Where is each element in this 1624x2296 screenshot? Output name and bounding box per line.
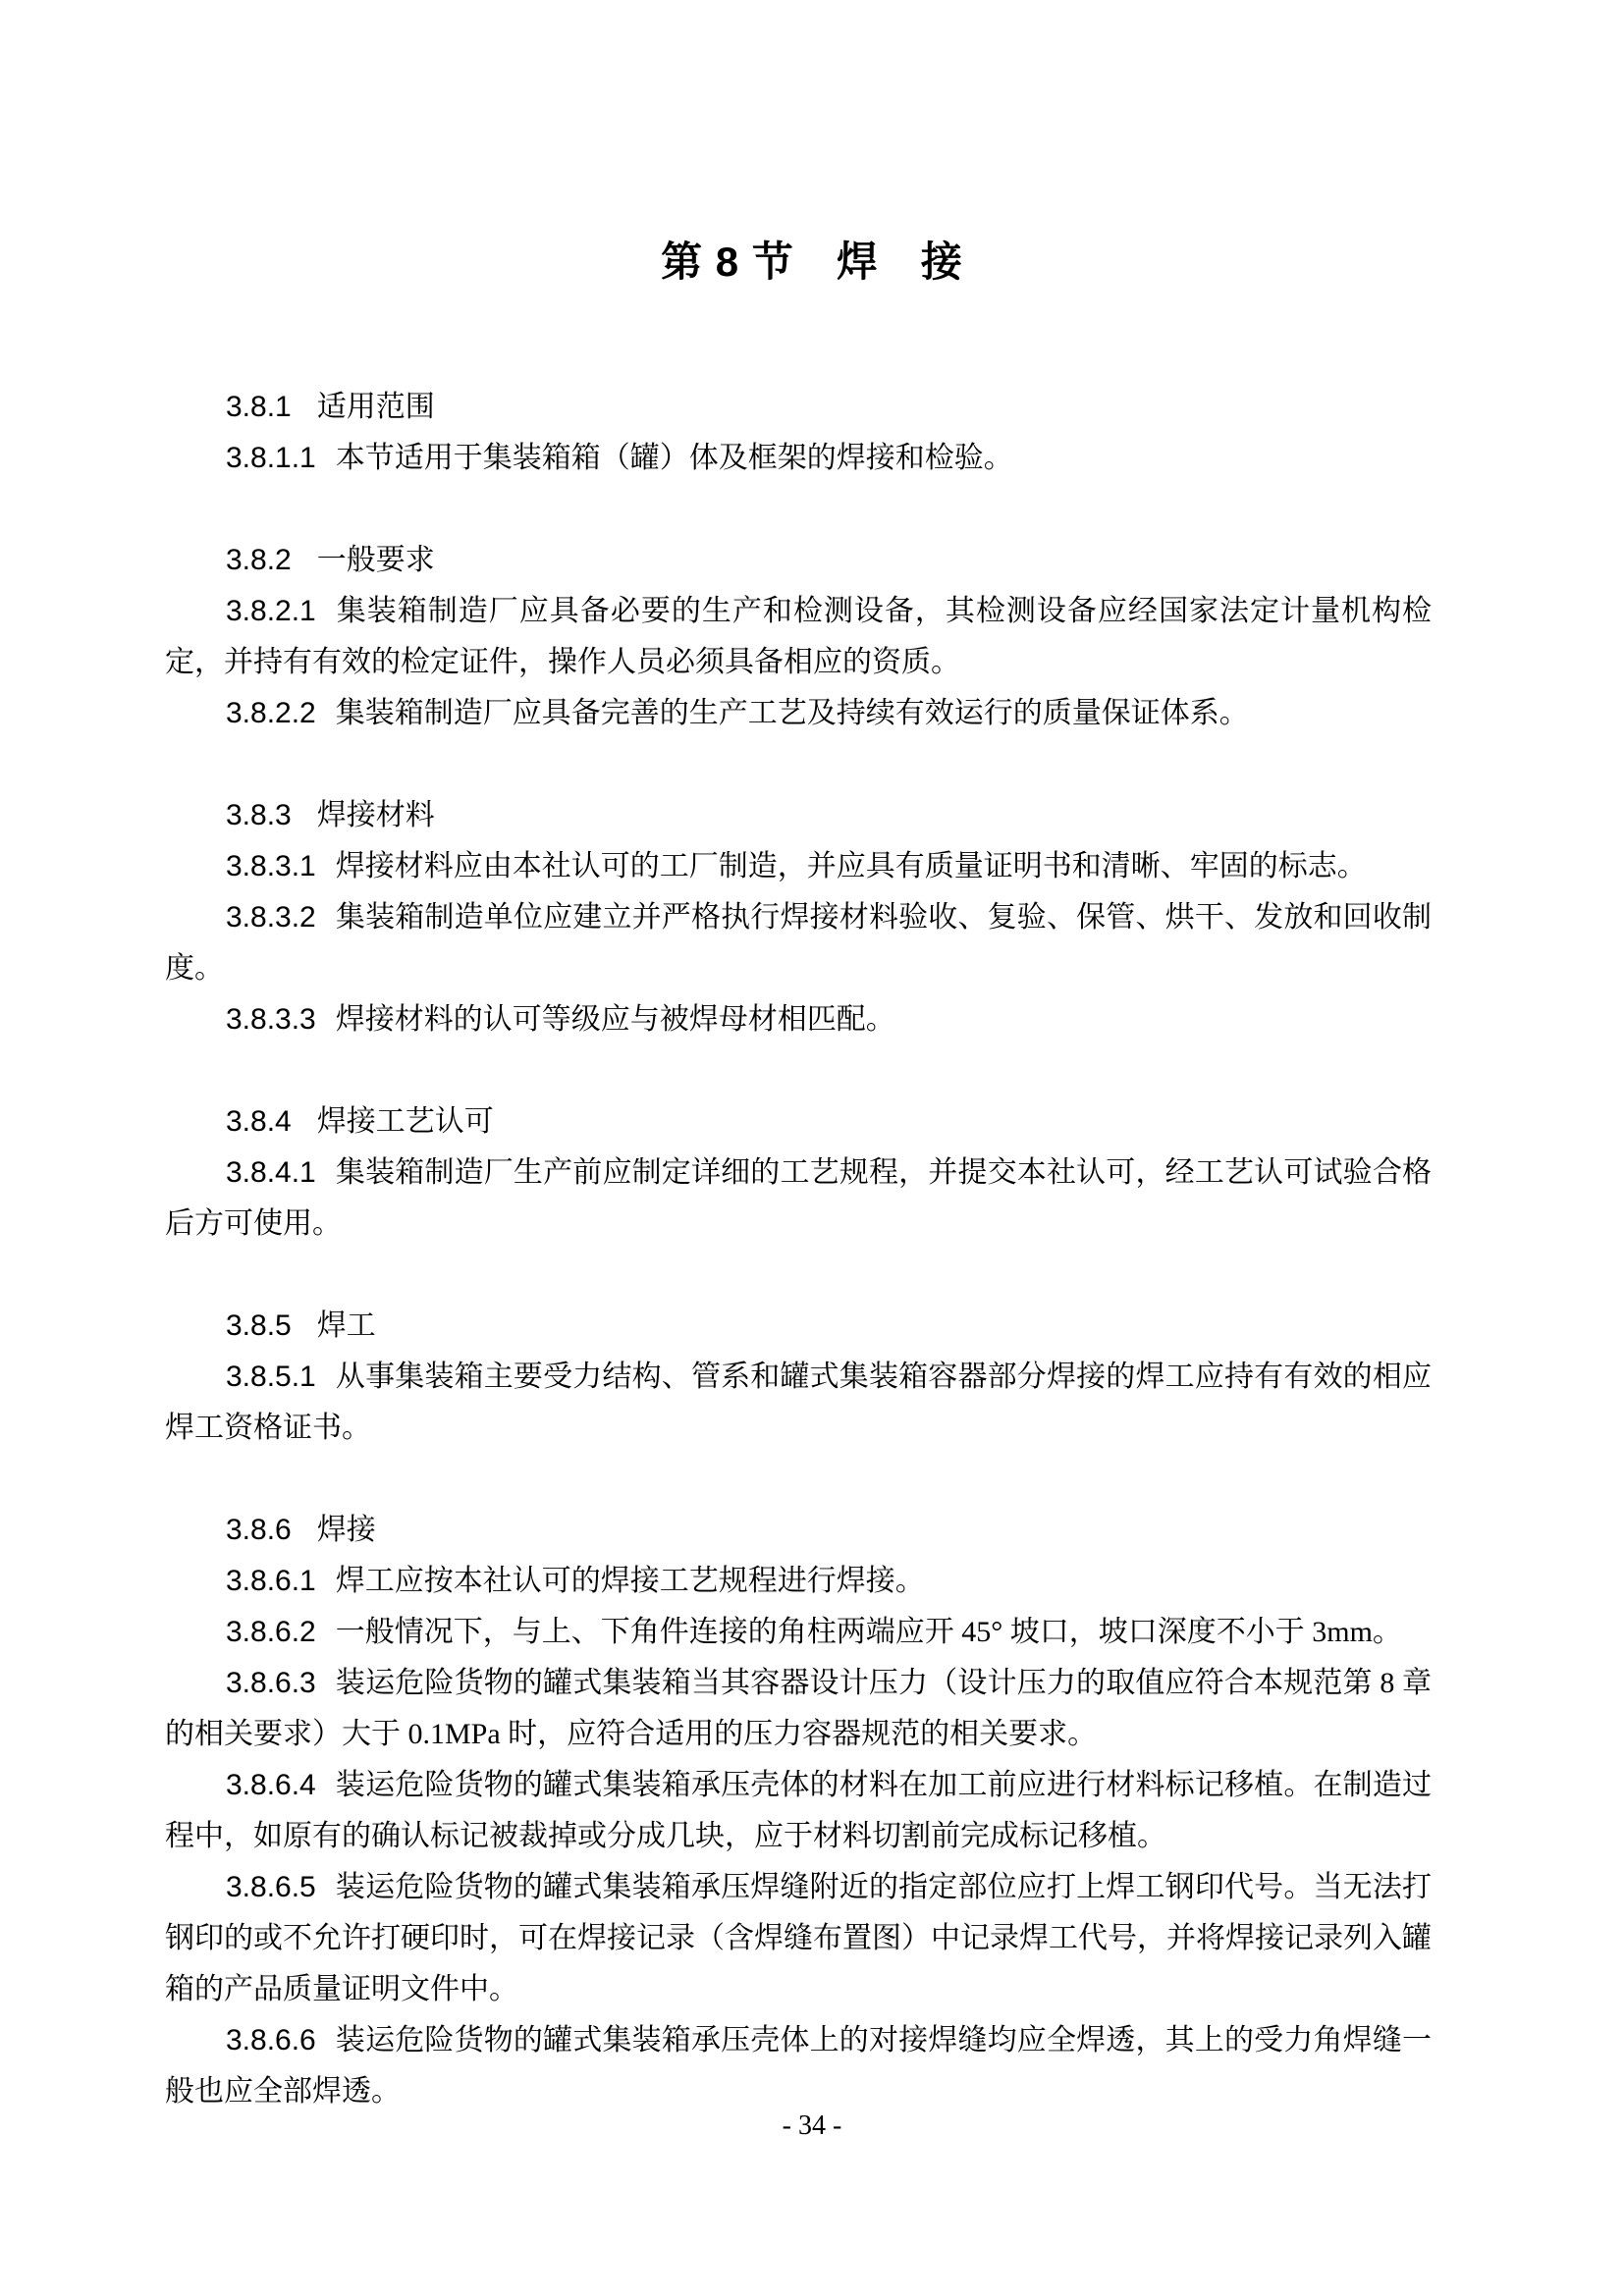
section-3-8-2: 3.8.2一般要求 3.8.2.1集装箱制造厂应具备必要的生产和检测设备，其检测… xyxy=(165,535,1432,739)
paragraph: 3.8.6.4装运危险货物的罐式集装箱承压壳体的材料在加工前应进行材料标记移植。… xyxy=(165,1760,1432,1862)
paragraph-number: 3.8.2.1 xyxy=(226,595,316,627)
paragraph-number: 3.8.3.2 xyxy=(226,901,316,934)
paragraph: 3.8.6.2一般情况下，与上、下角件连接的角柱两端应开 45° 坡口，坡口深度… xyxy=(165,1607,1432,1658)
paragraph-text: 从事集装箱主要受力结构、管系和罐式集装箱容器部分焊接的焊工应持有有效的相应焊工资… xyxy=(165,1361,1432,1444)
paragraph-number: 3.8.6.4 xyxy=(226,1769,316,1801)
heading-text: 焊接 xyxy=(317,1514,376,1546)
heading-number: 3.8.5 xyxy=(226,1309,292,1342)
paragraph-text: 装运危险货物的罐式集装箱当其容器设计压力（设计压力的取值应符合本规范第 8 章的… xyxy=(165,1667,1432,1750)
heading-text: 焊接工艺认可 xyxy=(317,1105,494,1138)
section-heading: 3.8.4焊接工艺认可 xyxy=(165,1096,1432,1148)
paragraph: 3.8.6.5装运危险货物的罐式集装箱承压焊缝附近的指定部位应打上焊工钢印代号。… xyxy=(165,1862,1432,2015)
heading-text: 焊接材料 xyxy=(317,799,435,831)
paragraph-number: 3.8.3.1 xyxy=(226,850,316,882)
section-heading: 3.8.1适用范围 xyxy=(165,382,1432,433)
paragraph-text: 焊接材料应由本社认可的工厂制造，并应具有质量证明书和清晰、牢固的标志。 xyxy=(336,850,1367,882)
paragraph-number: 3.8.6.5 xyxy=(226,1871,316,1903)
paragraph-text: 装运危险货物的罐式集装箱承压壳体上的对接焊缝均应全焊透，其上的受力角焊缝一般也应… xyxy=(165,2024,1432,2108)
heading-number: 3.8.1 xyxy=(226,391,292,423)
document-page: 第 8 节 焊 接 3.8.1适用范围 3.8.1.1本节适用于集装箱箱（罐）体… xyxy=(0,0,1624,2296)
section-3-8-6: 3.8.6焊接 3.8.6.1焊工应按本社认可的焊接工艺规程进行焊接。 3.8.… xyxy=(165,1505,1432,2117)
paragraph: 3.8.6.6装运危险货物的罐式集装箱承压壳体上的对接焊缝均应全焊透，其上的受力… xyxy=(165,2015,1432,2117)
paragraph-text: 焊接材料的认可等级应与被焊母材相匹配。 xyxy=(336,1003,895,1036)
paragraph-text: 装运危险货物的罐式集装箱承压焊缝附近的指定部位应打上焊工钢印代号。当无法打钢印的… xyxy=(165,1871,1432,2005)
section-3-8-4: 3.8.4焊接工艺认可 3.8.4.1集装箱制造厂生产前应制定详细的工艺规程，并… xyxy=(165,1096,1432,1250)
section-title: 第 8 节 焊 接 xyxy=(0,230,1624,289)
paragraph-text: 一般情况下，与上、下角件连接的角柱两端应开 45° 坡口，坡口深度不小于 3mm… xyxy=(336,1616,1402,1648)
paragraph: 3.8.3.3焊接材料的认可等级应与被焊母材相匹配。 xyxy=(165,994,1432,1045)
paragraph-number: 3.8.6.6 xyxy=(226,2024,316,2056)
paragraph: 3.8.5.1从事集装箱主要受力结构、管系和罐式集装箱容器部分焊接的焊工应持有有… xyxy=(165,1352,1432,1454)
heading-text: 焊工 xyxy=(317,1309,376,1342)
heading-number: 3.8.3 xyxy=(226,799,292,831)
paragraph-number: 3.8.6.2 xyxy=(226,1616,316,1648)
paragraph-text: 集装箱制造厂生产前应制定详细的工艺规程，并提交本社认可，经工艺认可试验合格后方可… xyxy=(165,1156,1432,1240)
section-heading: 3.8.6焊接 xyxy=(165,1505,1432,1556)
paragraph-number: 3.8.4.1 xyxy=(226,1156,316,1189)
section-3-8-1: 3.8.1适用范围 3.8.1.1本节适用于集装箱箱（罐）体及框架的焊接和检验。 xyxy=(165,382,1432,484)
paragraph-text: 焊工应按本社认可的焊接工艺规程进行焊接。 xyxy=(336,1565,925,1597)
section-3-8-3: 3.8.3焊接材料 3.8.3.1焊接材料应由本社认可的工厂制造，并应具有质量证… xyxy=(165,790,1432,1045)
heading-text: 适用范围 xyxy=(317,391,435,423)
paragraph-text: 本节适用于集装箱箱（罐）体及框架的焊接和检验。 xyxy=(336,442,1013,474)
section-3-8-5: 3.8.5焊工 3.8.5.1从事集装箱主要受力结构、管系和罐式集装箱容器部分焊… xyxy=(165,1301,1432,1454)
paragraph-number: 3.8.2.2 xyxy=(226,697,316,729)
paragraph: 3.8.3.1焊接材料应由本社认可的工厂制造，并应具有质量证明书和清晰、牢固的标… xyxy=(165,841,1432,892)
section-heading: 3.8.2一般要求 xyxy=(165,535,1432,586)
paragraph: 3.8.2.1集装箱制造厂应具备必要的生产和检测设备，其检测设备应经国家法定计量… xyxy=(165,586,1432,688)
paragraph-text: 装运危险货物的罐式集装箱承压壳体的材料在加工前应进行材料标记移植。在制造过程中，… xyxy=(165,1769,1432,1852)
paragraph-number: 3.8.5.1 xyxy=(226,1361,316,1393)
paragraph: 3.8.6.1焊工应按本社认可的焊接工艺规程进行焊接。 xyxy=(165,1556,1432,1607)
paragraph: 3.8.3.2集装箱制造单位应建立并严格执行焊接材料验收、复验、保管、烘干、发放… xyxy=(165,892,1432,994)
paragraph: 3.8.1.1本节适用于集装箱箱（罐）体及框架的焊接和检验。 xyxy=(165,433,1432,484)
paragraph-number: 3.8.6.3 xyxy=(226,1667,316,1699)
document-body: 3.8.1适用范围 3.8.1.1本节适用于集装箱箱（罐）体及框架的焊接和检验。… xyxy=(165,382,1432,2117)
heading-number: 3.8.2 xyxy=(226,544,292,576)
paragraph: 3.8.4.1集装箱制造厂生产前应制定详细的工艺规程，并提交本社认可，经工艺认可… xyxy=(165,1148,1432,1250)
paragraph-number: 3.8.6.1 xyxy=(226,1565,316,1597)
paragraph-number: 3.8.1.1 xyxy=(226,442,316,474)
paragraph: 3.8.2.2集装箱制造厂应具备完善的生产工艺及持续有效运行的质量保证体系。 xyxy=(165,688,1432,739)
page-number: - 34 - xyxy=(0,2110,1624,2142)
section-heading: 3.8.5焊工 xyxy=(165,1301,1432,1352)
heading-text: 一般要求 xyxy=(317,544,435,576)
paragraph-text: 集装箱制造厂应具备必要的生产和检测设备，其检测设备应经国家法定计量机构检定，并持… xyxy=(165,595,1432,678)
paragraph-text: 集装箱制造厂应具备完善的生产工艺及持续有效运行的质量保证体系。 xyxy=(336,697,1249,729)
section-heading: 3.8.3焊接材料 xyxy=(165,790,1432,841)
paragraph-text: 集装箱制造单位应建立并严格执行焊接材料验收、复验、保管、烘干、发放和回收制度。 xyxy=(165,901,1432,985)
paragraph: 3.8.6.3装运危险货物的罐式集装箱当其容器设计压力（设计压力的取值应符合本规… xyxy=(165,1658,1432,1760)
paragraph-number: 3.8.3.3 xyxy=(226,1003,316,1036)
heading-number: 3.8.6 xyxy=(226,1514,292,1546)
heading-number: 3.8.4 xyxy=(226,1105,292,1138)
